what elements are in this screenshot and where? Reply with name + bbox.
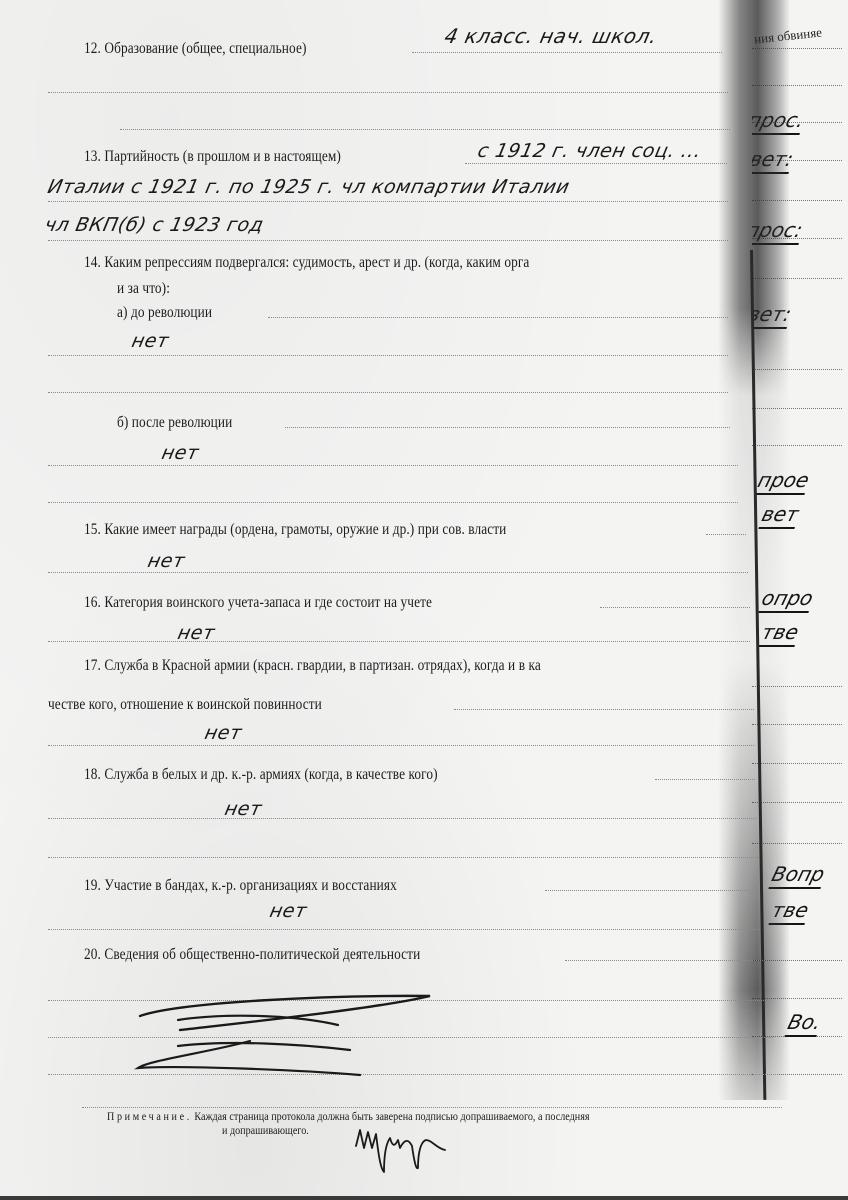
document-page: ния обвиняе прос. вет: прос: вет: прое в…: [0, 0, 848, 1200]
page-bottom-edge: [0, 1196, 848, 1200]
signature: [0, 0, 848, 1200]
